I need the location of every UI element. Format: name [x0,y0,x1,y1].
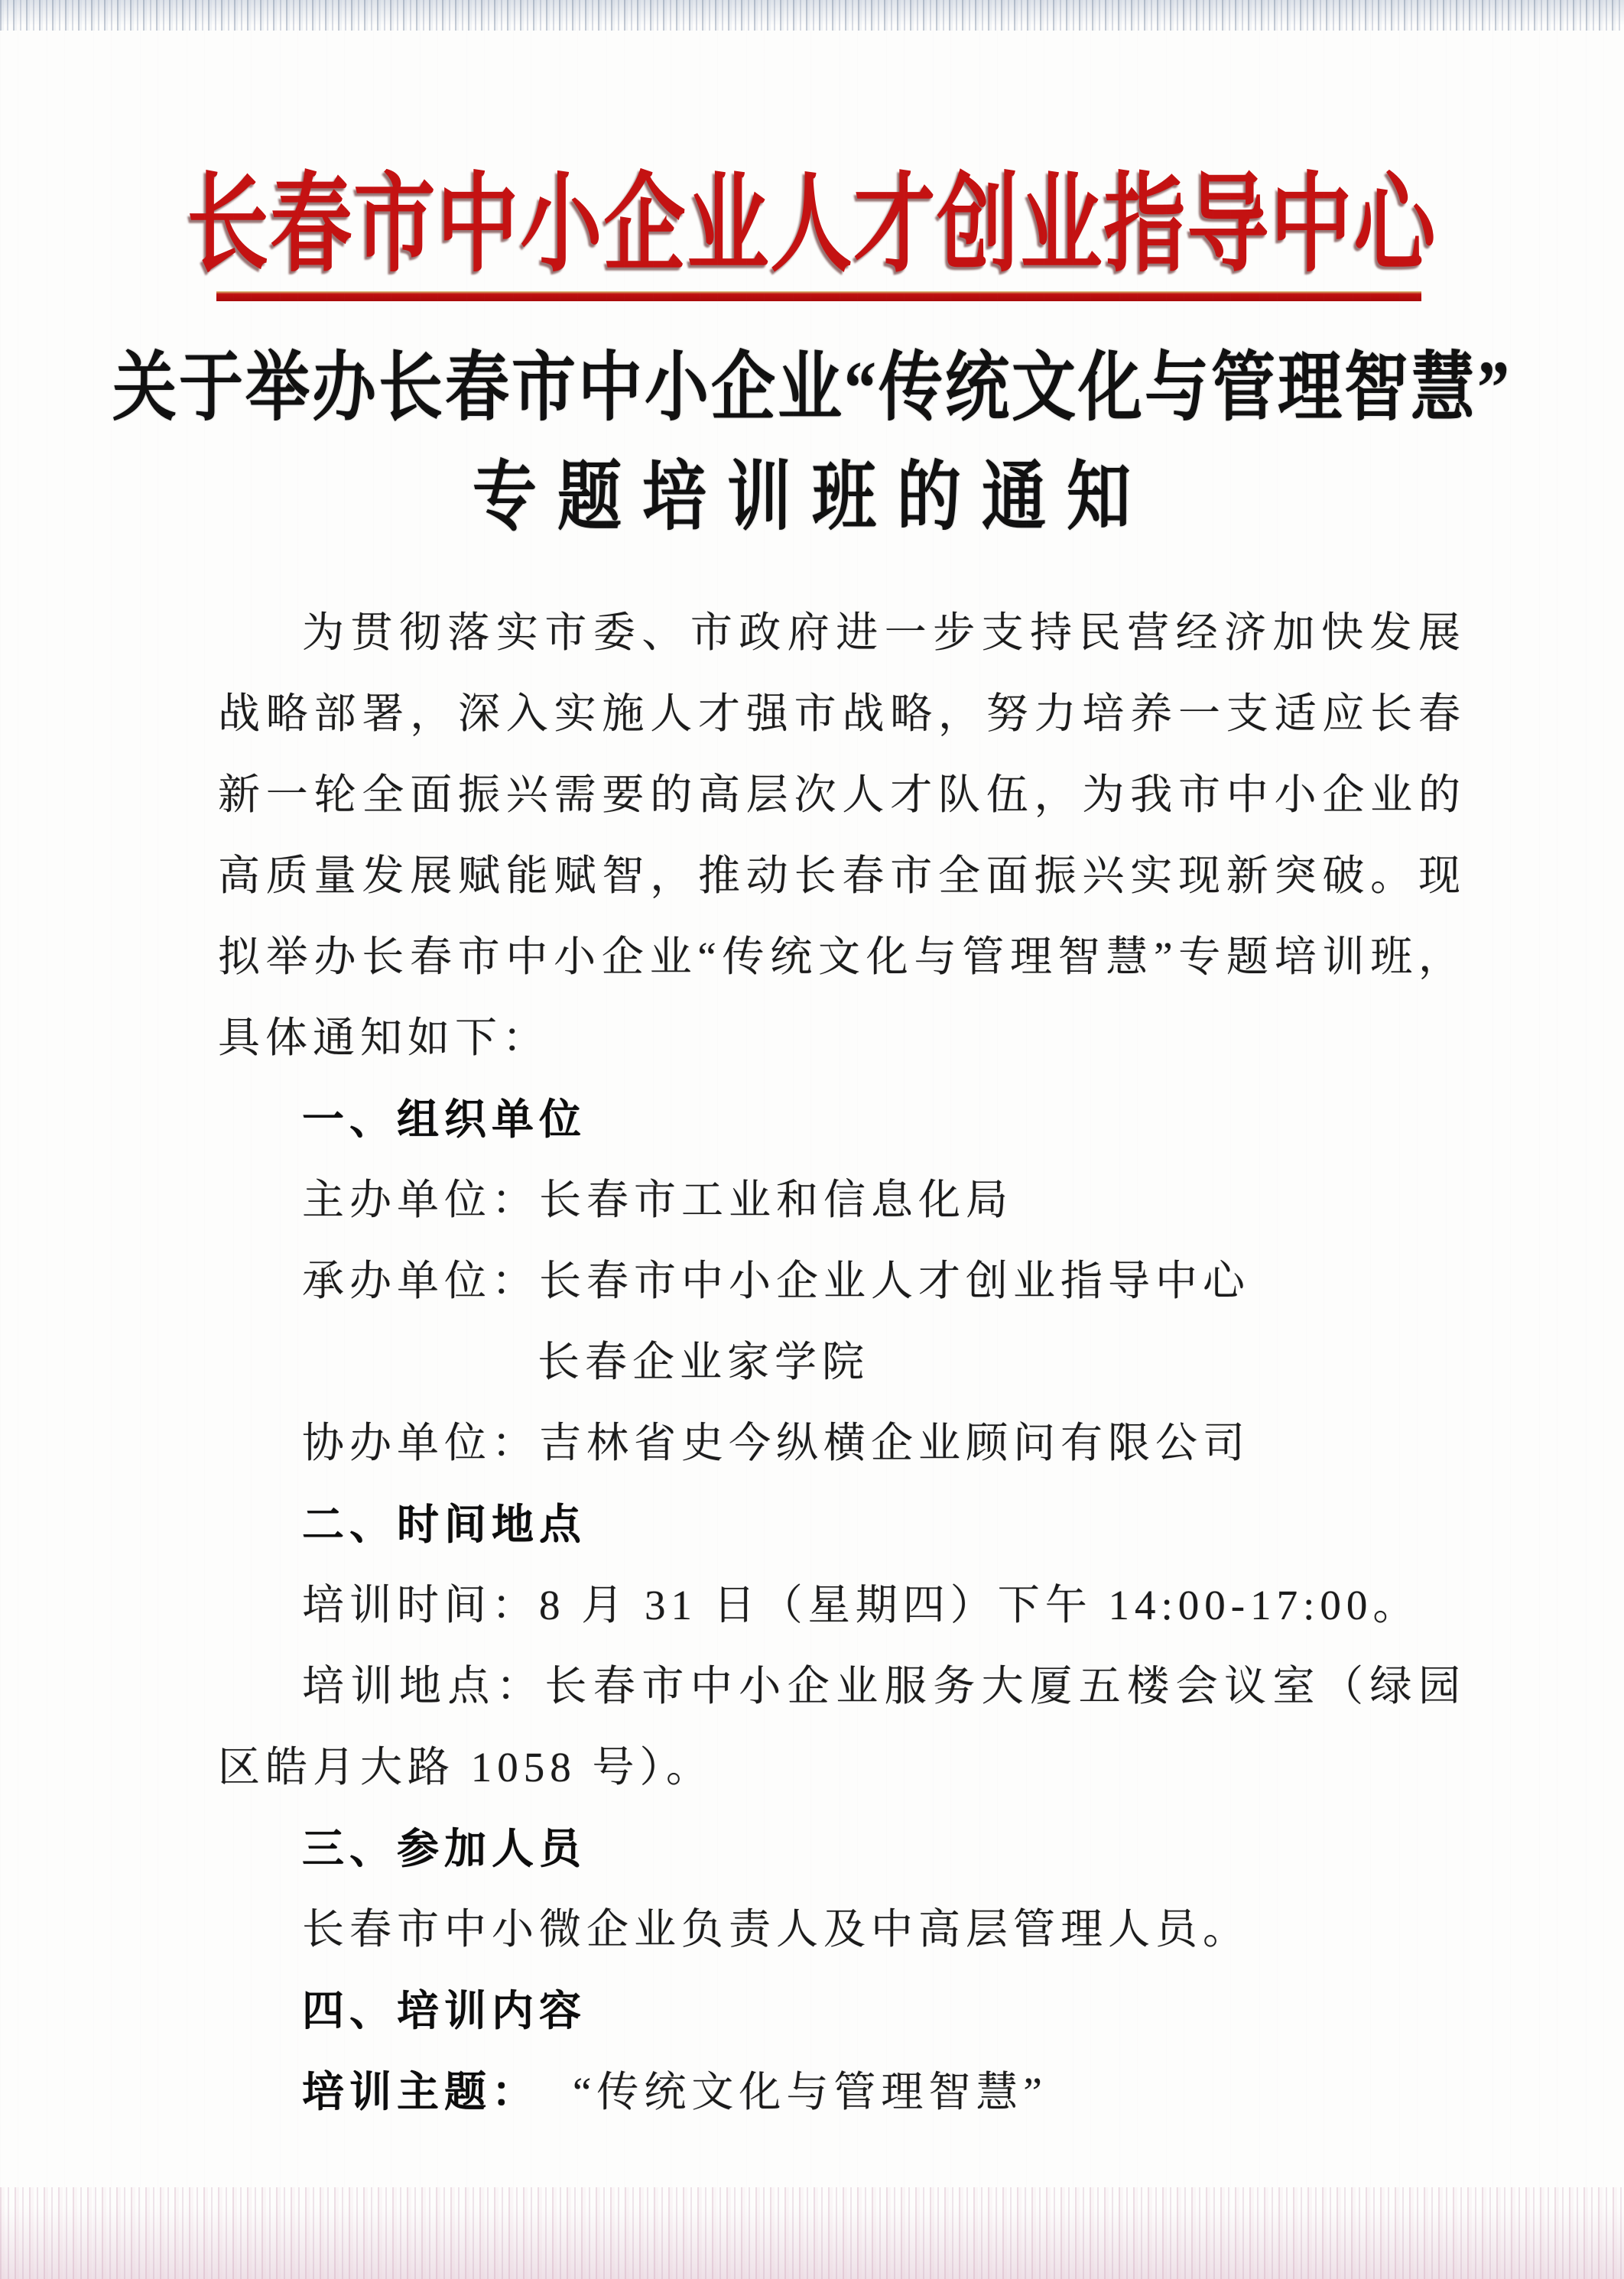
training-place-paragraph: 培训地点：长春市中小企业服务大厦五楼会议室（绿园区皓月大路 1058 号）。 [218,1646,1466,1808]
section2-heading: 二、时间地点 [218,1484,1466,1565]
notice-title-line1: 关于举办长春市中小企业“传统文化与管理智慧” [0,330,1624,447]
section4-heading: 四、培训内容 [218,1970,1466,2051]
notice-body: 为贯彻落实市委、市政府进一步支持民营经济加快发展战略部署，深入实施人才强市战略，… [218,592,1466,2133]
co-organizer-unit-line: 协办单位：吉林省史今纵横企业顾问有限公司 [218,1403,1466,1484]
training-topic-label: 培训主题： [302,2068,539,2115]
section1-heading: 一、组织单位 [218,1079,1466,1160]
organizer-unit-line2: 长春企业家学院 [218,1322,1466,1403]
organizer-unit-line: 承办单位：长春市中小企业人才创业指导中心 [218,1241,1466,1322]
scan-noise-bottom [0,2187,1624,2279]
section3-heading: 三、参加人员 [218,1808,1466,1889]
letterhead-divider-rule [216,291,1421,301]
scan-noise-top [0,0,1624,31]
training-topic-line: 培训主题：“传统文化与管理智慧” [218,2051,1466,2133]
training-topic-value: “传统文化与管理智慧” [573,2069,1047,2115]
intro-paragraph: 为贯彻落实市委、市政府进一步支持民营经济加快发展战略部署，深入实施人才强市战略，… [218,592,1466,1079]
letterhead-org-title: 长春市中小企业人才创业指导中心 [0,145,1624,307]
attendees-line: 长春市中小微企业负责人及中高层管理人员。 [218,1889,1466,1970]
host-unit-line: 主办单位：长春市工业和信息化局 [218,1160,1466,1241]
notice-title-line2: 专题培训班的通知 [0,440,1624,557]
scanned-notice-document: 长春市中小企业人才创业指导中心 关于举办长春市中小企业“传统文化与管理智慧” 专… [0,0,1624,2279]
training-time-line: 培训时间：8 月 31 日（星期四）下午 14:00-17:00。 [218,1565,1466,1646]
